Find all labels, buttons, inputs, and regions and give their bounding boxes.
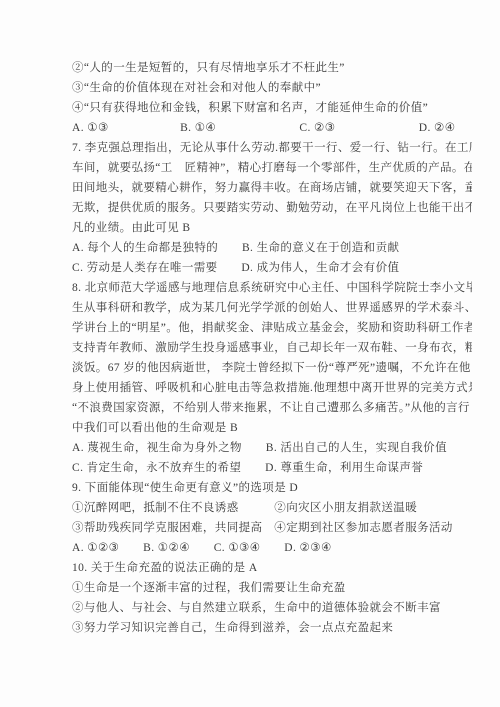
text-line: ④“只有获得地位和金钱，积累下财富和名声，才能延伸生命的价值” <box>72 98 472 118</box>
exam-document-page: ②“人的一生是短暂的，只有尽情地享乐才不枉此生”③“生命的价值体现在对社会和对他… <box>0 0 500 707</box>
text-line: 凡的业绩。由此可见 B <box>72 218 472 238</box>
text-line: ③帮助残疾同学克服困难，共同提高 ④定期到社区参加志愿者服务活动 <box>72 518 472 538</box>
text-line: 淡饭。67 岁的他因病逝世， 李院士曾经拟下一份“尊严死”遗嘱，不允许在他 <box>72 358 472 378</box>
text-line: 生从事科研和教学，成为某几何光学学派的创始人、世界遥感界的学术泰斗、大 <box>72 298 472 318</box>
text-line: 无欺，提供优质的服务。只要踏实劳动、勤勉劳动，在平凡岗位上也能干出不平 <box>72 198 472 218</box>
text-line: 9. 下面能体现“使生命更有意义”的选项是 D <box>72 478 472 498</box>
text-line: ②与他人、与社会、与自然建立联系，生命中的道德体验就会不断丰富 <box>72 598 472 618</box>
text-line: 7. 李克强总理指出，无论从事什么劳动.都要干一行、爱一行、钻一行。在工厂 <box>72 138 472 158</box>
text-line: ①生命是一个逐渐丰富的过程，我们需要让生命充盈 <box>72 578 472 598</box>
text-line: A. 蔑视生命，视生命为身外之物 B. 活出自己的人生，实现自我价值 <box>72 438 472 458</box>
text-line: 8. 北京师范大学遥感与地理信息系统研究中心主任、中国科学院院士李小文毕 <box>72 278 472 298</box>
text-line: 车间，就要弘扬“工 匠精神”，精心打磨每一个零部件，生产优质的产品。在 <box>72 158 472 178</box>
text-line: 中我们可以看出他的生命观是 B <box>72 418 472 438</box>
text-line: 田间地头，就要精心耕作，努力赢得丰收。在商场店铺，就要笑迎天下客，童叟 <box>72 178 472 198</box>
text-line: 身上使用插管、呼吸机和心脏电击等急救措施.他理想中离开世界的完美方式是： <box>72 378 472 398</box>
exam-text-block: ②“人的一生是短暂的，只有尽情地享乐才不枉此生”③“生命的价值体现在对社会和对他… <box>72 58 472 638</box>
text-line: C. 肯定生命，永不放弃生的希望 D. 尊重生命，利用生命谋声誉 <box>72 458 472 478</box>
text-line: A. ①②③ B. ①②④ C. ①③④ D. ②③④ <box>72 538 472 558</box>
text-line: ②“人的一生是短暂的，只有尽情地享乐才不枉此生” <box>72 58 472 78</box>
text-line: 学讲台上的“明星”。他，捐献奖金、津贴成立基金会，奖励和资助科研工作者、 <box>72 318 472 338</box>
text-line: A. 每个人的生命都是独特的 B. 生命的意义在于创造和贡献 <box>72 238 472 258</box>
text-line: ③努力学习知识完善自己，生命得到滋养，会一点点充盈起来 <box>72 618 472 638</box>
text-line: ①沉醉网吧，抵制不住不良诱惑 ②向灾区小朋友捐款送温暖 <box>72 498 472 518</box>
text-line: C. 劳动是人类存在唯一需要 D. 成为伟人，生命才会有价值 <box>72 258 472 278</box>
text-line: A. ①③ B. ①④ C. ②③ D. ②④ <box>72 118 472 138</box>
text-line: ③“生命的价值体现在对社会和对他人的奉献中” <box>72 78 472 98</box>
text-line: 支持青年教师、激励学生投身遥感事业，自己却长年一双布鞋、一身布衣，粗茶 <box>72 338 472 358</box>
text-line: 10. 关于生命充盈的说法正确的是 A <box>72 558 472 578</box>
text-line: “不浪费国家资源，不给别人带来拖累，不让自己遭那么多痛苦。”从他的言行 <box>72 398 472 418</box>
